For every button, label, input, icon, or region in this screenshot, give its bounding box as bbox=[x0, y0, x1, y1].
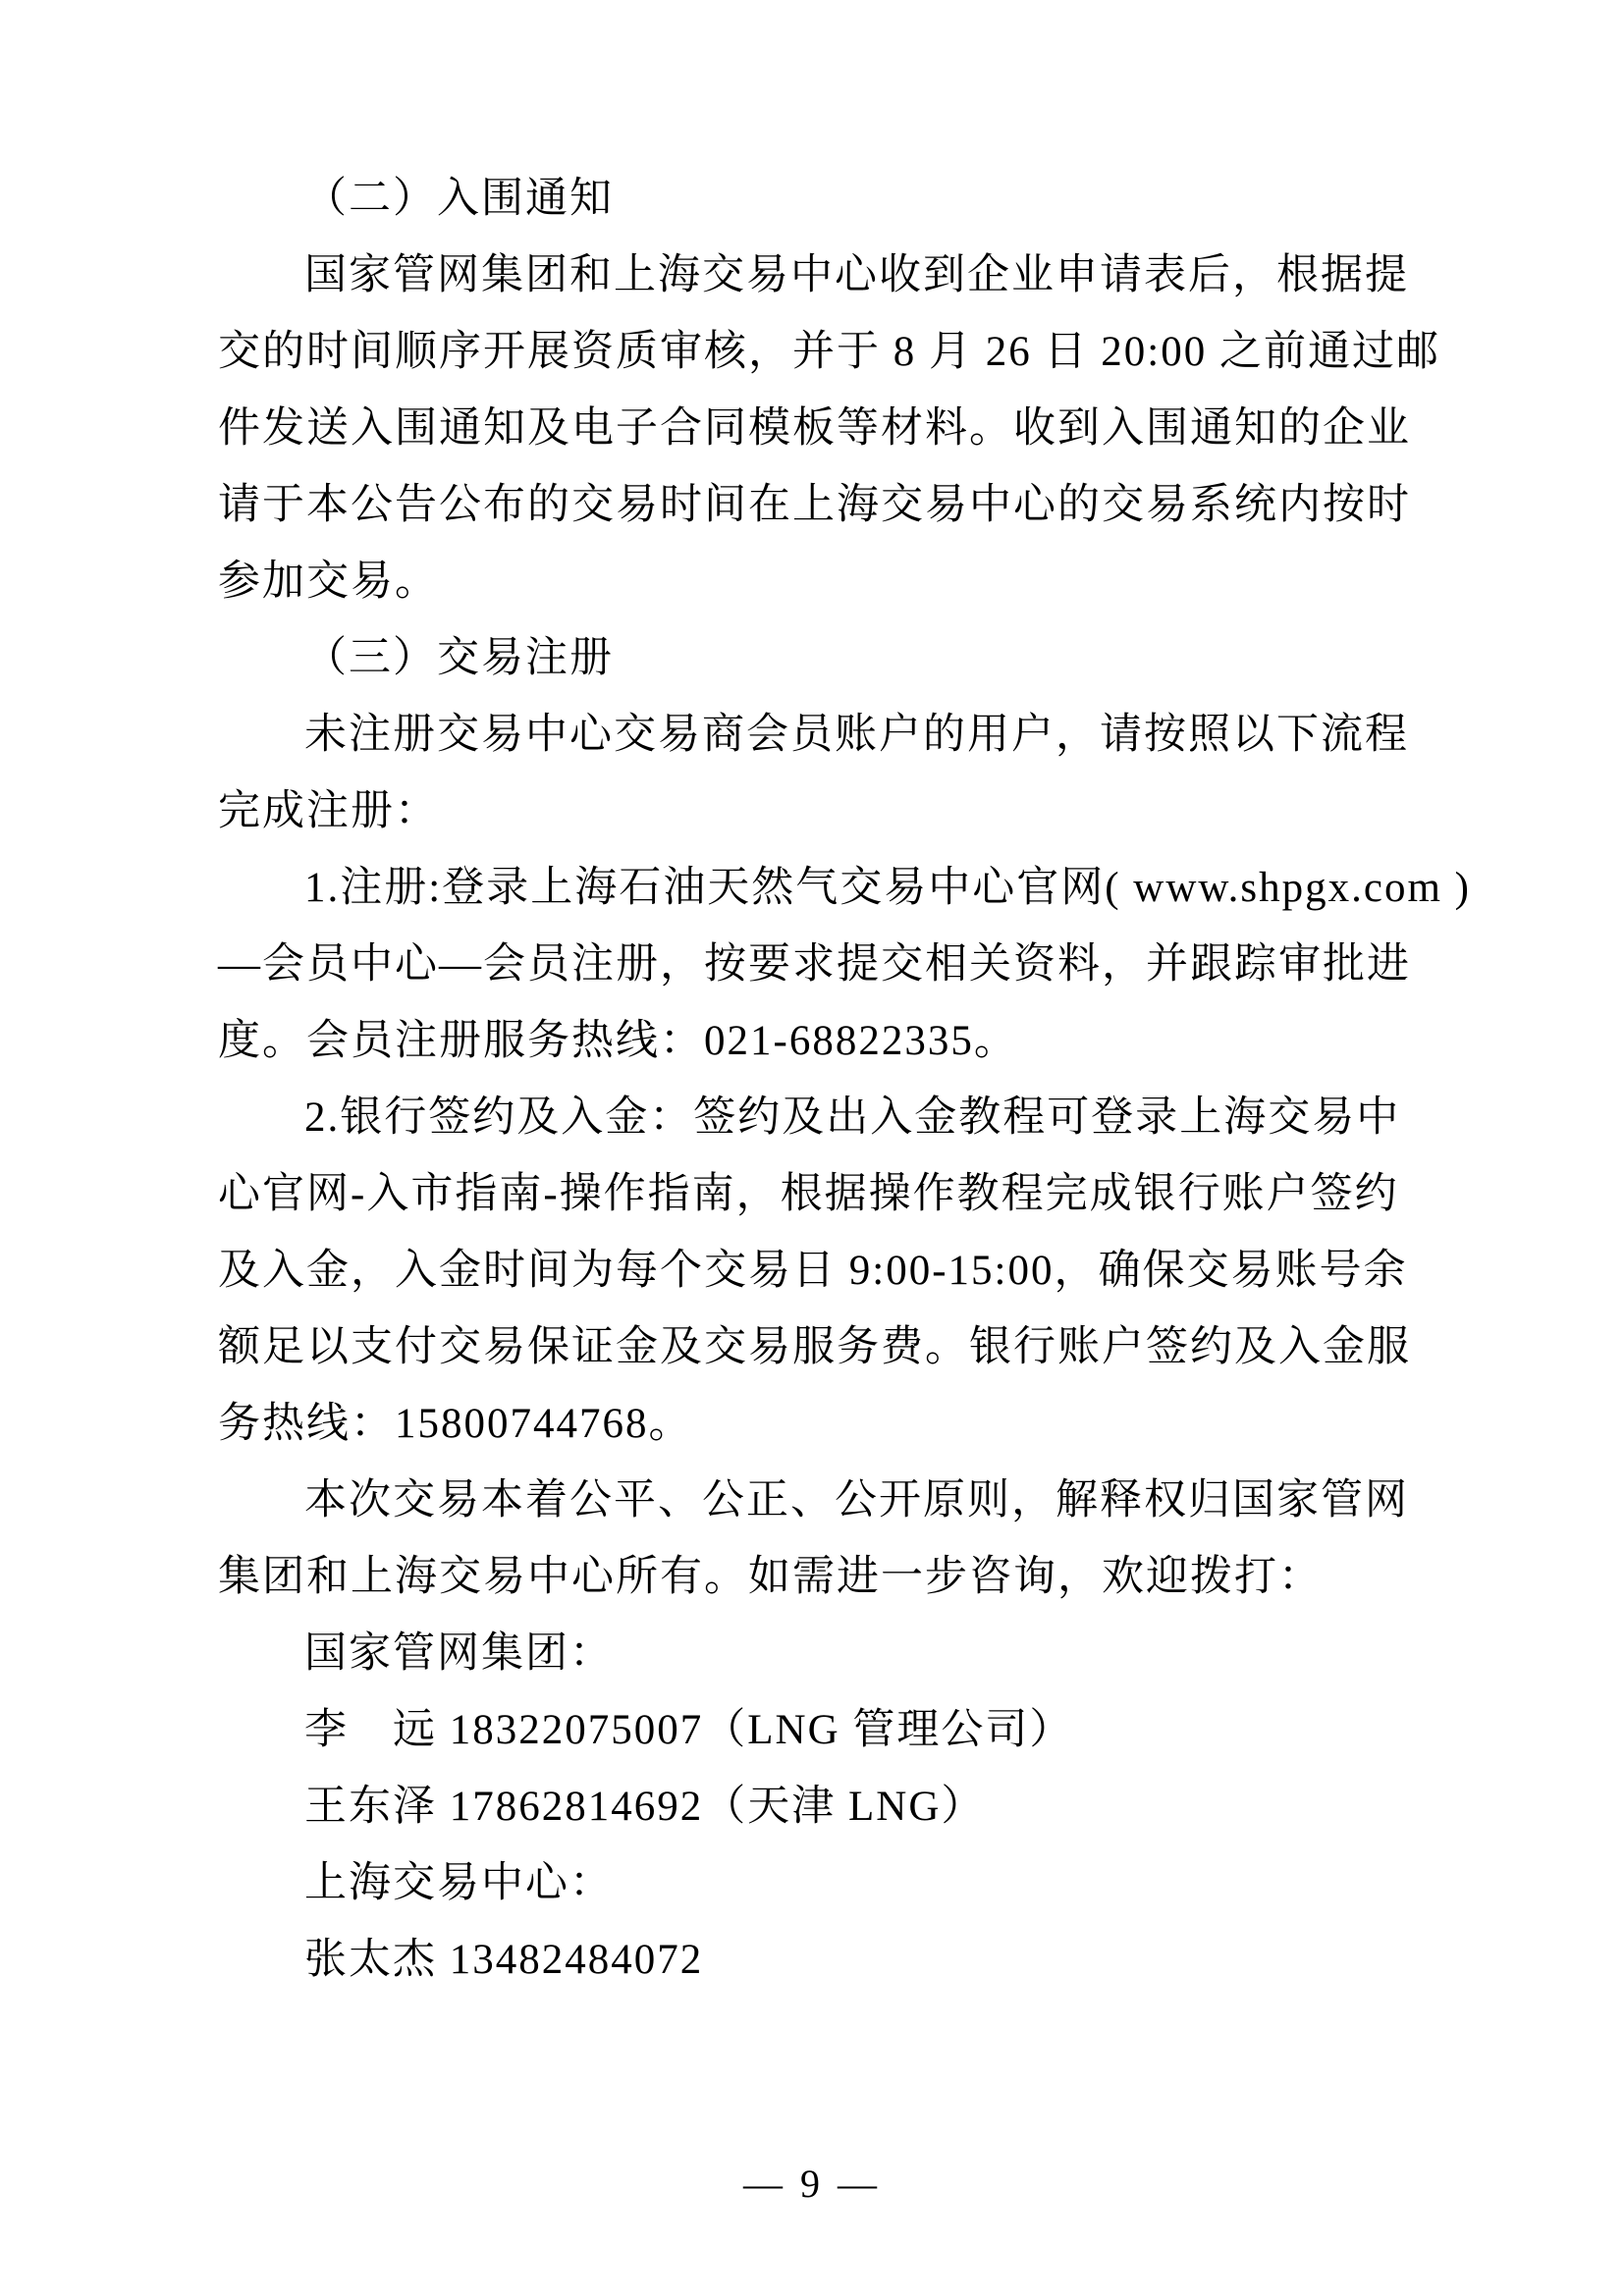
body-line: 件发送入围通知及电子合同模板等材料。收到入围通知的企业 bbox=[218, 391, 1394, 467]
body-line: 未注册交易中心交易商会员账户的用户，请按照以下流程 bbox=[218, 697, 1394, 774]
body-line: 集团和上海交易中心所有。如需进一步咨询，欢迎拨打： bbox=[218, 1539, 1394, 1616]
body-line: 交的时间顺序开展资质审核，并于 8 月 26 日 20:00 之前通过邮 bbox=[218, 314, 1394, 391]
body-line: 及入金，入金时间为每个交易日 9:00-15:00，确保交易账号余 bbox=[218, 1233, 1394, 1309]
body-line-registration: 1.注册:登录上海石油天然气交易中心官网( www.shpgx.com ) bbox=[218, 850, 1394, 927]
contact-org-pipechina: 国家管网集团： bbox=[218, 1616, 1394, 1692]
body-line: 本次交易本着公平、公正、公开原则，解释权归国家管网 bbox=[218, 1463, 1394, 1539]
body-line: 请于本公告公布的交易时间在上海交易中心的交易系统内按时 bbox=[218, 467, 1394, 544]
body-line-bank-signing: 2.银行签约及入金：签约及出入金教程可登录上海交易中 bbox=[218, 1080, 1394, 1156]
body-line: 完成注册： bbox=[218, 774, 1394, 850]
document-page: （二）入围通知 国家管网集团和上海交易中心收到企业申请表后，根据提 交的时间顺序… bbox=[0, 0, 1624, 2296]
contact-zhang-taijie: 张太杰 13482484072 bbox=[218, 1922, 1394, 1999]
body-line-hotline-bank: 务热线：15800744768。 bbox=[218, 1386, 1394, 1463]
document-body: （二）入围通知 国家管网集团和上海交易中心收到企业申请表后，根据提 交的时间顺序… bbox=[218, 161, 1394, 1999]
body-line-hotline-member: 度。会员注册服务热线：021-68822335。 bbox=[218, 1003, 1394, 1080]
body-line: 额足以支付交易保证金及交易服务费。银行账户签约及入金服 bbox=[218, 1309, 1394, 1386]
body-line: 参加交易。 bbox=[218, 544, 1394, 620]
body-line: 心官网-入市指南-操作指南，根据操作教程完成银行账户签约 bbox=[218, 1156, 1394, 1233]
contact-wang-dongze: 王东泽 17862814692（天津 LNG） bbox=[218, 1769, 1394, 1845]
contact-org-shanghai-center: 上海交易中心： bbox=[218, 1845, 1394, 1922]
page-number: — 9 — bbox=[0, 2160, 1624, 2209]
heading-section-three: （三）交易注册 bbox=[218, 620, 1394, 697]
contact-li-yuan: 李 远 18322075007（LNG 管理公司） bbox=[218, 1692, 1394, 1769]
body-line: 国家管网集团和上海交易中心收到企业申请表后，根据提 bbox=[218, 238, 1394, 314]
body-line: —会员中心—会员注册，按要求提交相关资料，并跟踪审批进 bbox=[218, 927, 1394, 1003]
heading-section-two: （二）入围通知 bbox=[218, 161, 1394, 238]
